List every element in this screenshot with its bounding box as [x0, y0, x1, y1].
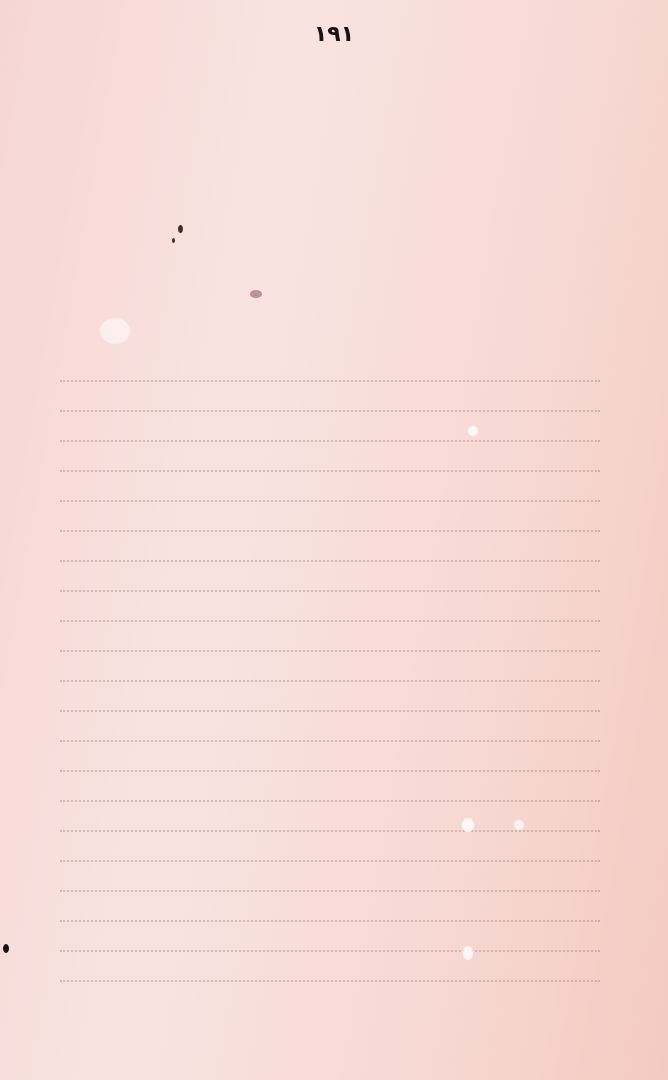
ink-spot	[3, 944, 9, 953]
faded-text-line	[60, 860, 600, 865]
glare-spot	[463, 946, 473, 960]
glare-spot	[462, 818, 474, 832]
faded-text-line	[60, 740, 600, 745]
faded-text-line	[60, 650, 600, 655]
faded-text-line	[60, 890, 600, 895]
faded-text-line	[60, 440, 600, 445]
faded-heading	[170, 285, 560, 325]
faded-text-line	[60, 950, 600, 955]
faded-text-line	[60, 680, 600, 685]
glare-spot	[468, 426, 478, 436]
page-number: ۱۹۱	[0, 22, 668, 47]
faded-text-line	[60, 410, 600, 415]
faded-text-line	[60, 620, 600, 625]
faded-text-line	[60, 710, 600, 715]
glare-spot	[514, 820, 524, 830]
faded-text-line	[60, 590, 600, 595]
faded-text-line	[60, 770, 600, 775]
faded-text-line	[60, 470, 600, 475]
glare-spot	[100, 318, 130, 344]
ink-spot	[172, 238, 175, 243]
faded-text-line	[60, 980, 600, 985]
faded-text-line	[60, 920, 600, 925]
ink-spot	[178, 225, 183, 233]
faded-text-line	[60, 500, 600, 505]
ink-spot	[250, 290, 262, 298]
faded-text-line	[60, 800, 600, 805]
faded-text-line	[60, 560, 600, 565]
faded-text-line	[60, 380, 600, 385]
faded-text-line	[60, 530, 600, 535]
faded-text-line	[60, 830, 600, 835]
